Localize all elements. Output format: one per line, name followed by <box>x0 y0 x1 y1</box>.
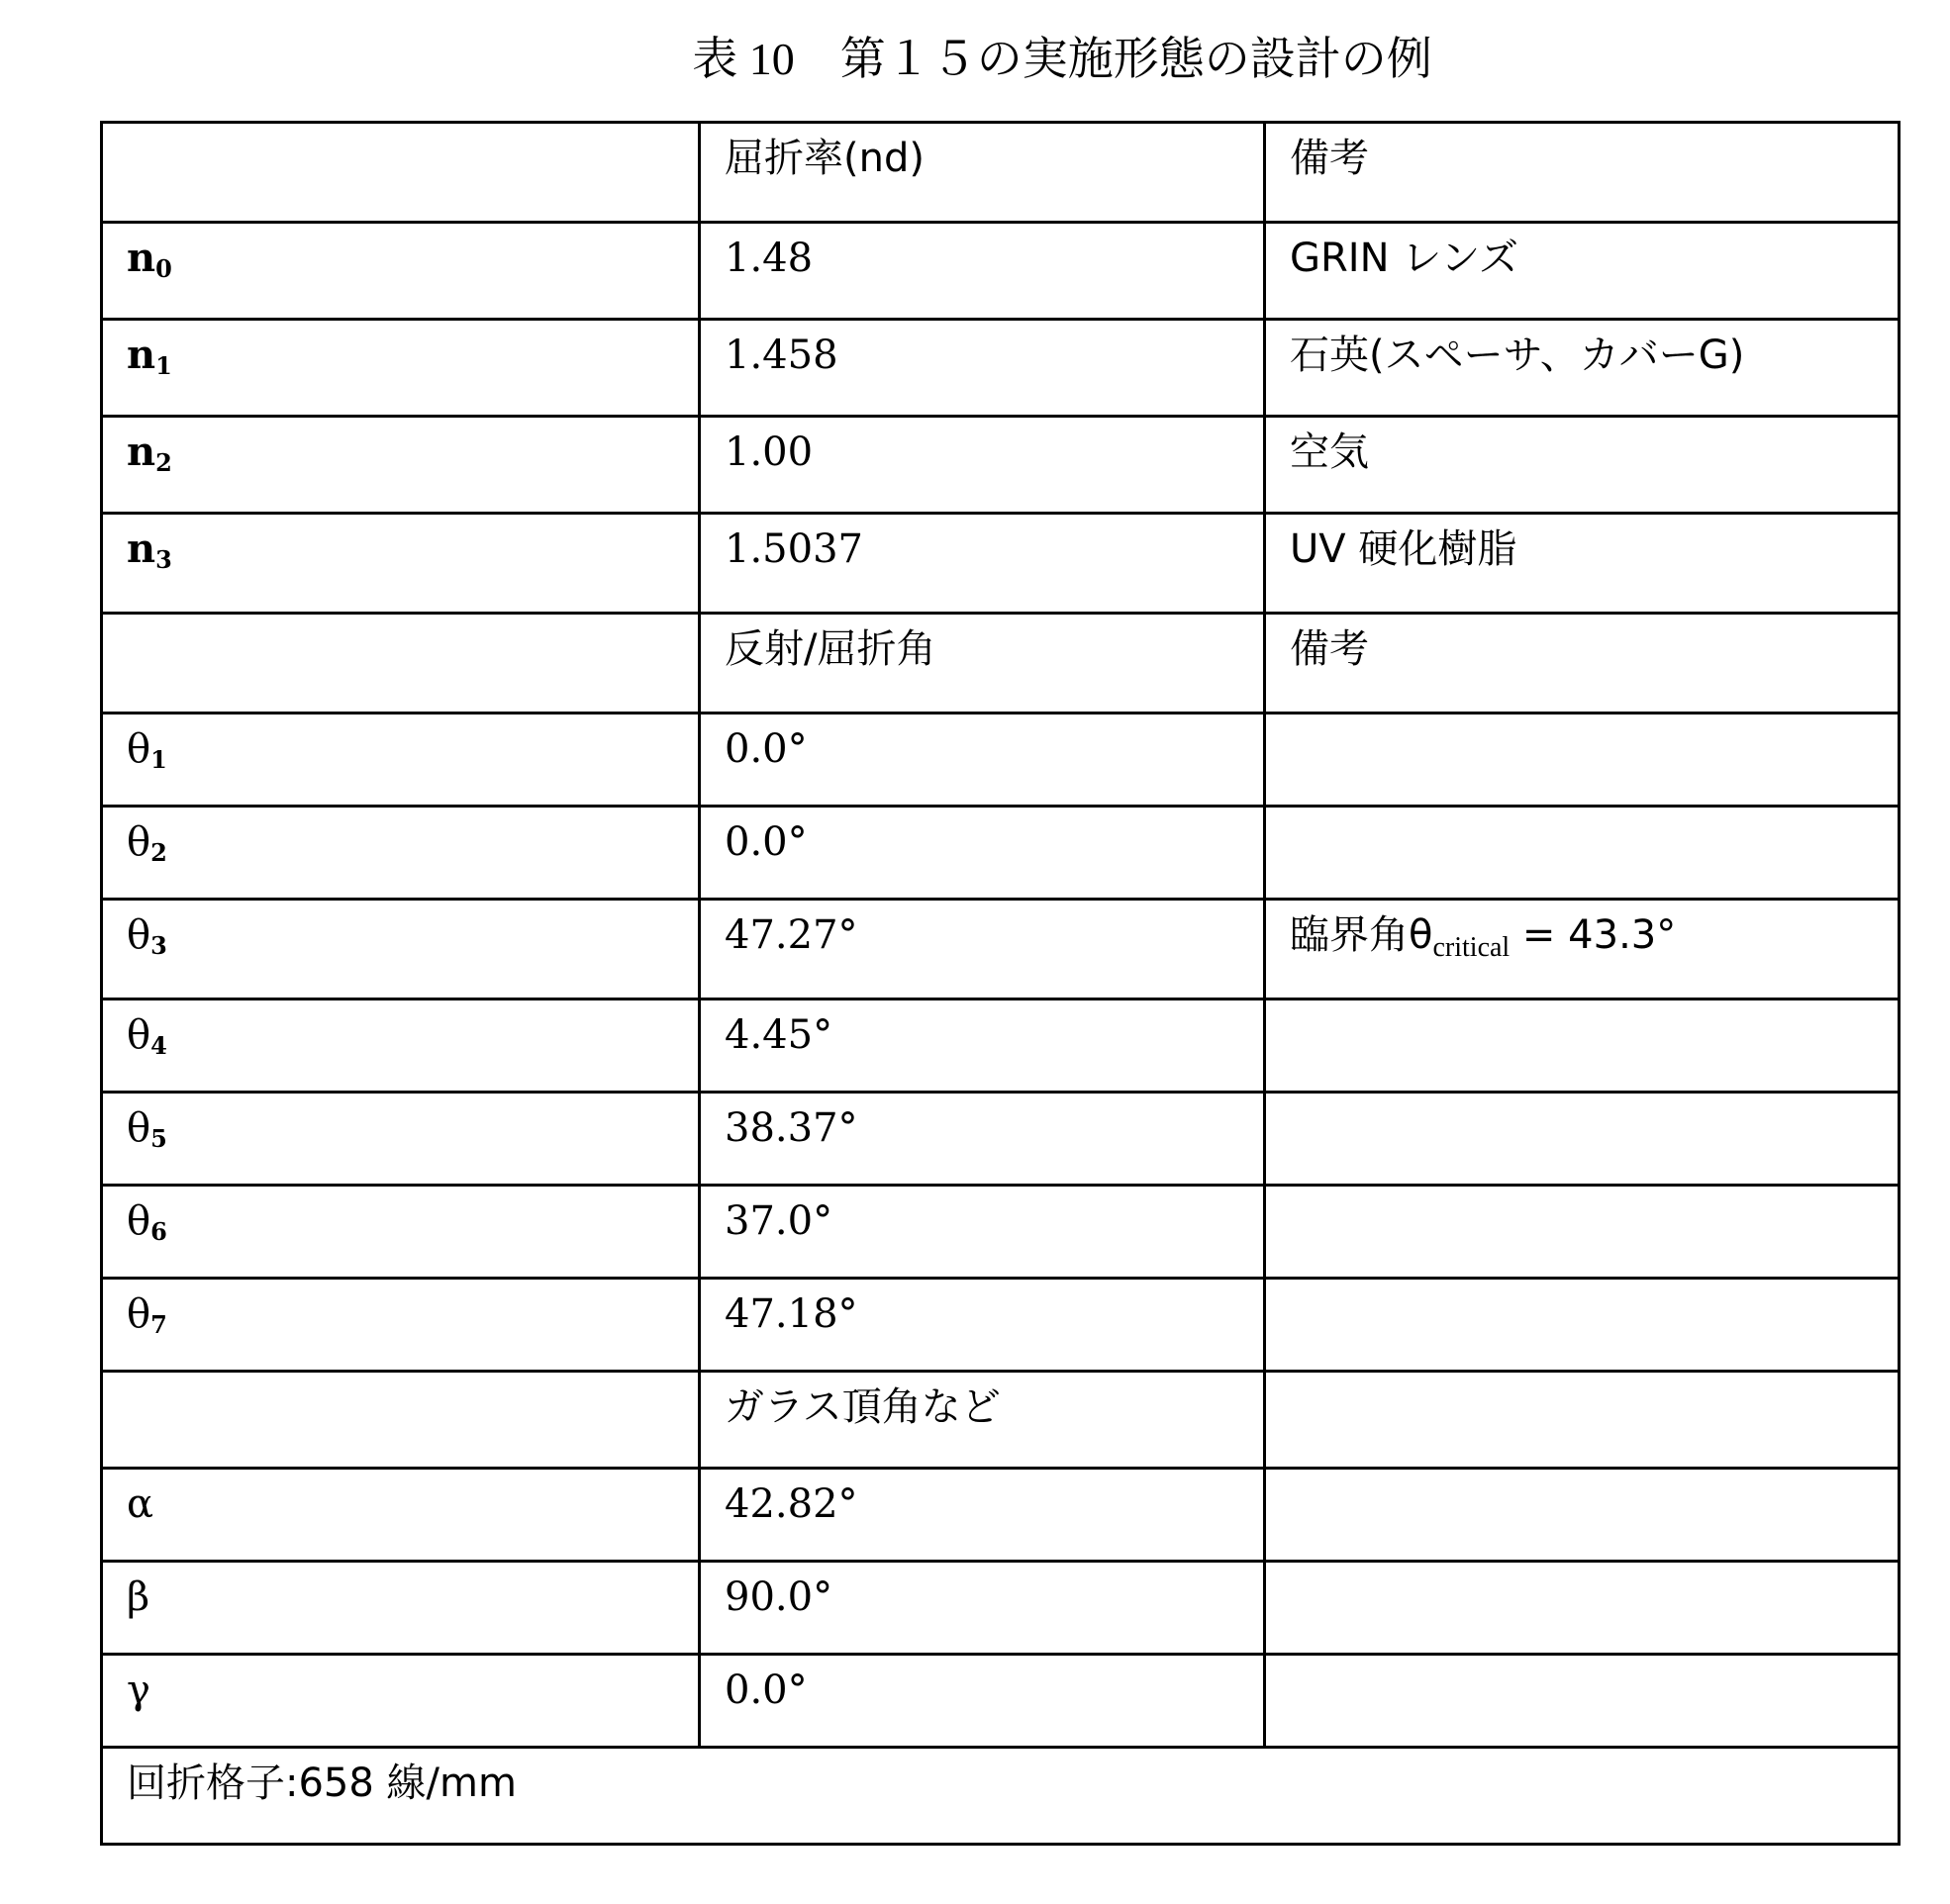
symbol-cell: n0 <box>102 223 700 320</box>
header-notes: 備考 <box>1265 123 1900 223</box>
value-cell: 37.0° <box>700 1186 1265 1279</box>
symbol-cell: n2 <box>102 417 700 514</box>
note-cell <box>1265 1469 1900 1562</box>
design-example-table: 屈折率(nd) 備考 n0 1.48 GRIN レンズ n1 1.458 石英(… <box>100 121 1901 1846</box>
note-cell: 石英(スペーサ、カバーG) <box>1265 320 1900 417</box>
note-cell <box>1265 1562 1900 1655</box>
header-notes <box>1265 1372 1900 1469</box>
value-cell: 1.458 <box>700 320 1265 417</box>
table-row: α 42.82° <box>102 1469 1900 1562</box>
header-label-cell <box>102 614 700 714</box>
value-cell: 1.00 <box>700 417 1265 514</box>
critical-angle-note: 臨界角θcritical = 43.3° <box>1265 900 1900 1000</box>
value-cell: 38.37° <box>700 1093 1265 1186</box>
symbol-cell: θ2 <box>102 807 700 900</box>
value-cell: 47.27° <box>700 900 1265 1000</box>
symbol-cell: θ6 <box>102 1186 700 1279</box>
table-row: n0 1.48 GRIN レンズ <box>102 223 1900 320</box>
value-cell: 47.18° <box>700 1279 1265 1372</box>
header-label-cell <box>102 123 700 223</box>
table-row: n3 1.5037 UV 硬化樹脂 <box>102 514 1900 614</box>
table-header-row: 反射/屈折角 備考 <box>102 614 1900 714</box>
header-glass-apex-angle: ガラス頂角など <box>700 1372 1265 1469</box>
note-cell <box>1265 1186 1900 1279</box>
table-row: n2 1.00 空気 <box>102 417 1900 514</box>
table-row: θ5 38.37° <box>102 1093 1900 1186</box>
symbol-cell: θ7 <box>102 1279 700 1372</box>
symbol-cell: β <box>102 1562 700 1655</box>
table-header-row: ガラス頂角など <box>102 1372 1900 1469</box>
header-notes: 備考 <box>1265 614 1900 714</box>
value-cell: 4.45° <box>700 1000 1265 1093</box>
symbol-cell: γ <box>102 1655 700 1748</box>
note-cell <box>1265 807 1900 900</box>
symbol-cell: θ1 <box>102 714 700 807</box>
value-cell: 1.48 <box>700 223 1265 320</box>
table-row: β 90.0° <box>102 1562 1900 1655</box>
note-cell <box>1265 1655 1900 1748</box>
symbol-cell: θ5 <box>102 1093 700 1186</box>
table-footer-row: 回折格子:658 線/mm <box>102 1748 1900 1845</box>
value-cell: 42.82° <box>700 1469 1265 1562</box>
header-angle: 反射/屈折角 <box>700 614 1265 714</box>
table-row: θ6 37.0° <box>102 1186 1900 1279</box>
value-cell: 0.0° <box>700 714 1265 807</box>
note-cell: 空気 <box>1265 417 1900 514</box>
header-refractive-index: 屈折率(nd) <box>700 123 1265 223</box>
value-cell: 0.0° <box>700 1655 1265 1748</box>
note-cell <box>1265 1000 1900 1093</box>
symbol-cell: α <box>102 1469 700 1562</box>
value-cell: 90.0° <box>700 1562 1265 1655</box>
table-row: θ7 47.18° <box>102 1279 1900 1372</box>
header-label-cell <box>102 1372 700 1469</box>
note-cell <box>1265 1279 1900 1372</box>
value-cell: 1.5037 <box>700 514 1265 614</box>
table-row: θ2 0.0° <box>102 807 1900 900</box>
symbol-cell: θ3 <box>102 900 700 1000</box>
note-cell: GRIN レンズ <box>1265 223 1900 320</box>
note-cell: UV 硬化樹脂 <box>1265 514 1900 614</box>
table-row: γ 0.0° <box>102 1655 1900 1748</box>
table-row: n1 1.458 石英(スペーサ、カバーG) <box>102 320 1900 417</box>
value-cell: 0.0° <box>700 807 1265 900</box>
table-row: θ1 0.0° <box>102 714 1900 807</box>
symbol-cell: n3 <box>102 514 700 614</box>
note-cell <box>1265 1093 1900 1186</box>
table-row: θ4 4.45° <box>102 1000 1900 1093</box>
table-row: θ3 47.27° 臨界角θcritical = 43.3° <box>102 900 1900 1000</box>
diffraction-grating-note: 回折格子:658 線/mm <box>102 1748 1900 1845</box>
note-cell <box>1265 714 1900 807</box>
symbol-cell: n1 <box>102 320 700 417</box>
table-header-row: 屈折率(nd) 備考 <box>102 123 1900 223</box>
symbol-cell: θ4 <box>102 1000 700 1093</box>
table-title: 表 10 第１５の実施形態の設計の例 <box>0 30 1950 89</box>
